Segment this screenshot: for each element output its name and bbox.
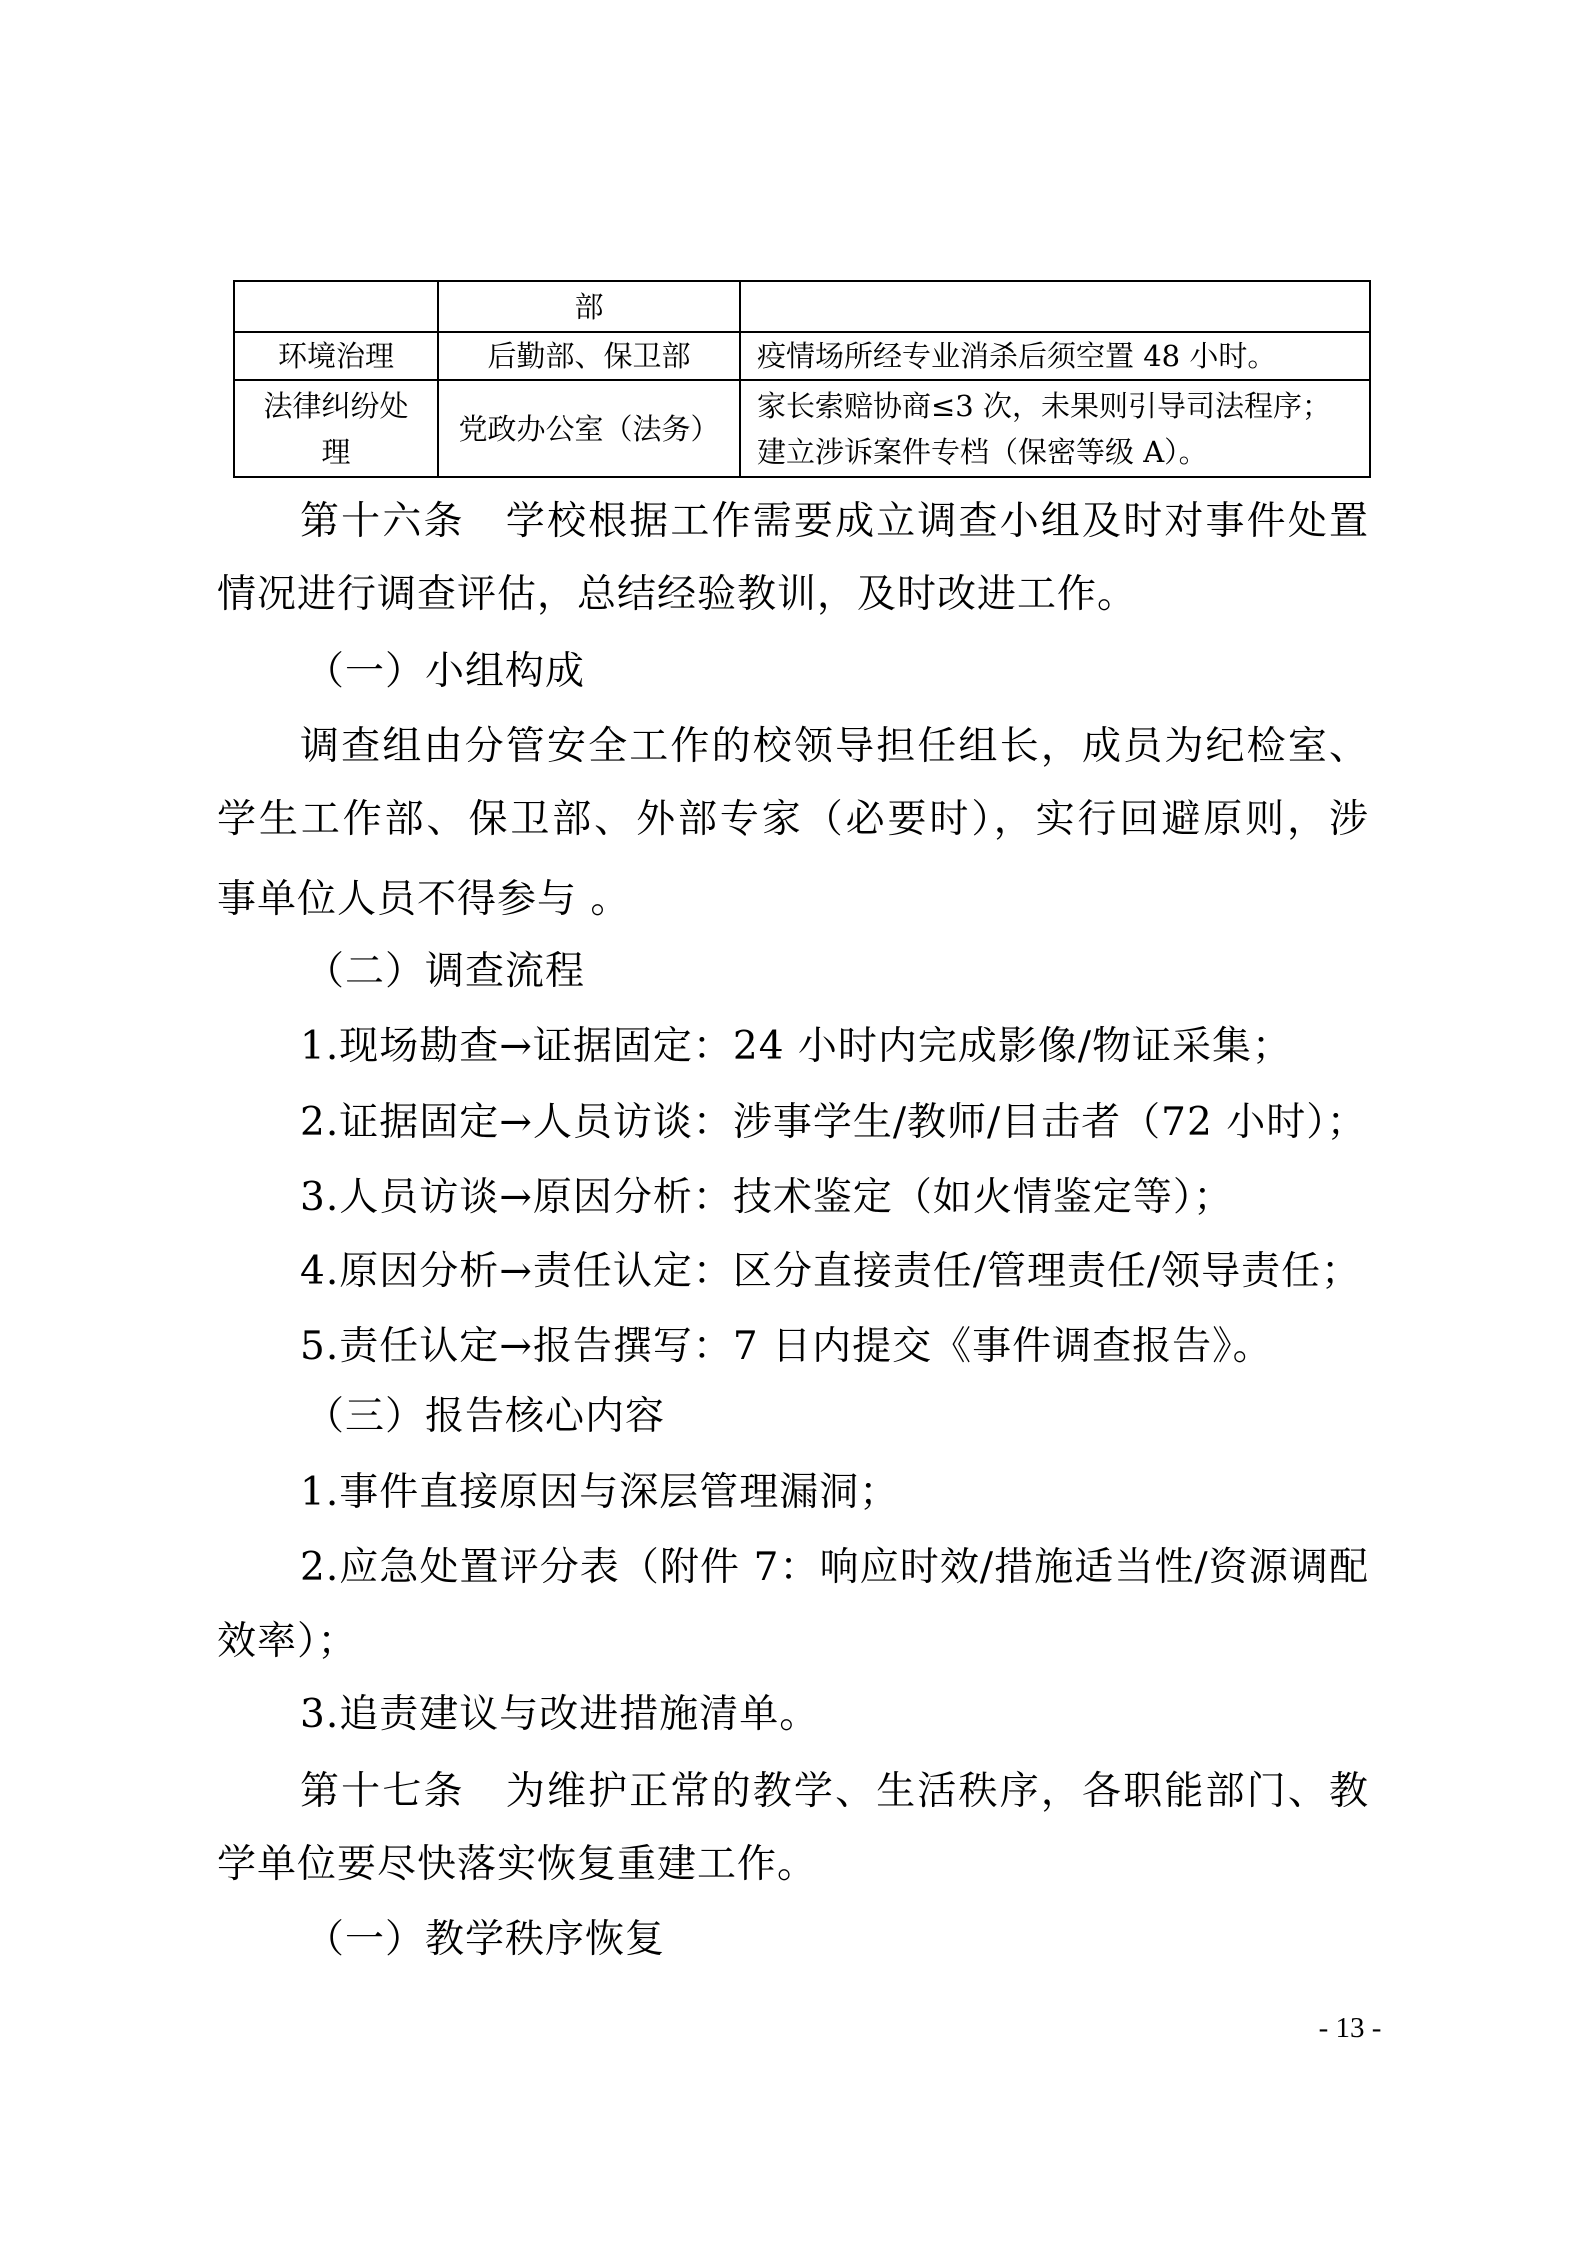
paragraph-line: 学生工作部、保卫部、外部专家（必要时），实行回避原则，涉 (217, 790, 1369, 850)
table-cell-task: 法律纠纷处 理 (234, 380, 438, 477)
paragraph-line: 事单位人员不得参与 。 (217, 870, 630, 930)
table-row: 环境治理 后勤部、保卫部 疫情场所经专业消杀后须空置 48 小时。 (234, 332, 1370, 380)
list-item: 5.责任认定→报告撰写：7 日内提交《事件调查报告》。 (300, 1317, 1273, 1377)
table-cell-task: 环境治理 (234, 332, 438, 380)
table-cell-department: 部 (438, 281, 740, 332)
table-cell-requirement (740, 281, 1370, 332)
table-cell-department: 党政办公室（法务） (438, 380, 740, 477)
table-row: 法律纠纷处 理 党政办公室（法务） 家长索赔协商≤3 次，未果则引导司法程序； … (234, 380, 1370, 477)
list-item: 3.追责建议与改进措施清单。 (300, 1685, 819, 1745)
article-16-line-2: 情况进行调查评估，总结经验教训，及时改进工作。 (217, 565, 1137, 625)
table-cell-line: 家长索赔协商≤3 次，未果则引导司法程序； (757, 383, 1359, 429)
responsibility-table: 部 环境治理 后勤部、保卫部 疫情场所经专业消杀后须空置 48 小时。 法律纠纷… (233, 280, 1371, 478)
list-item-continuation: 效率）； (217, 1612, 358, 1672)
page-number: - 13 - (1305, 2010, 1395, 2046)
table-cell-requirement: 家长索赔协商≤3 次，未果则引导司法程序； 建立涉诉案件专档（保密等级 A）。 (740, 380, 1370, 477)
list-item: 2.应急处置评分表（附件 7：响应时效/措施适当性/资源调配 (300, 1538, 1369, 1598)
table-cell-line: 法律纠纷处 (245, 383, 427, 429)
table-cell-line: 建立涉诉案件专档（保密等级 A）。 (757, 429, 1359, 475)
article-16-line-1: 第十六条 学校根据工作需要成立调查小组及时对事件处置 (300, 492, 1369, 552)
table-row: 部 (234, 281, 1370, 332)
section-heading: （二）调查流程 (305, 942, 585, 1002)
list-item: 2.证据固定→人员访谈：涉事学生/教师/目击者（72 小时）； (300, 1093, 1367, 1153)
section-heading: （一）教学秩序恢复 (305, 1910, 665, 1970)
list-item: 1.事件直接原因与深层管理漏洞； (300, 1463, 899, 1523)
paragraph-line: 调查组由分管安全工作的校领导担任组长，成员为纪检室、 (300, 717, 1369, 777)
section-heading: （一）小组构成 (305, 642, 585, 702)
table-cell-task (234, 281, 438, 332)
list-item: 1.现场勘查→证据固定：24 小时内完成影像/物证采集； (300, 1017, 1292, 1077)
list-item: 4.原因分析→责任认定：区分直接责任/管理责任/领导责任； (300, 1242, 1361, 1302)
table-cell-department: 后勤部、保卫部 (438, 332, 740, 380)
section-heading: （三）报告核心内容 (305, 1387, 665, 1447)
article-17-line-1: 第十七条 为维护正常的教学、生活秩序，各职能部门、教 (300, 1762, 1369, 1822)
table-cell-requirement: 疫情场所经专业消杀后须空置 48 小时。 (740, 332, 1370, 380)
document-page: 部 环境治理 后勤部、保卫部 疫情场所经专业消杀后须空置 48 小时。 法律纠纷… (0, 0, 1587, 2245)
table-cell-line: 理 (245, 429, 427, 475)
list-item: 3.人员访谈→原因分析：技术鉴定（如火情鉴定等）； (300, 1168, 1233, 1228)
article-17-line-2: 学单位要尽快落实恢复重建工作。 (217, 1835, 817, 1895)
